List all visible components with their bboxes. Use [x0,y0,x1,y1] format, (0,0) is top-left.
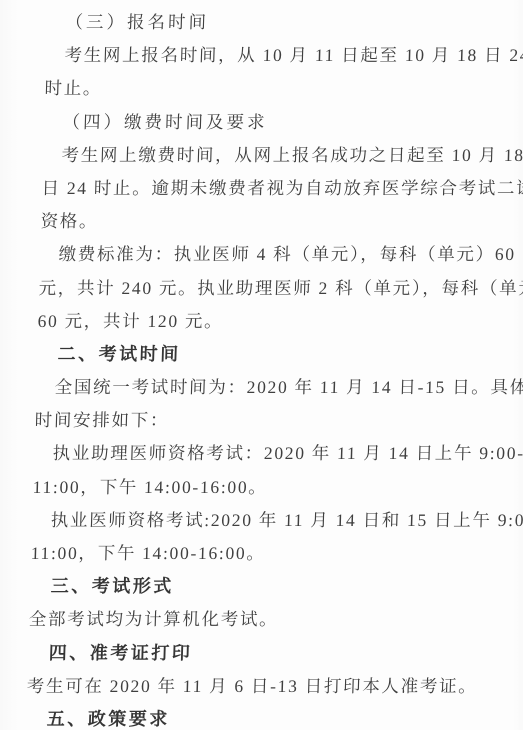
section-heading-admission-ticket: 四、准考证打印 [27,637,476,670]
paragraph-line-physician-exam-2: 11:00，下午 14:00-16:00。 [30,537,479,570]
subsection-heading-payment-time: （四）缴费时间及要求 [43,106,492,139]
paragraph-line-assistant-exam-1: 执业助理医师资格考试：2020 年 11 月 14 日上午 9:00- [33,437,482,470]
paragraph-line-payment-3: 资格。 [40,205,489,238]
paragraph-line-registration-1: 考生网上报名时间，从 10 月 11 日起至 10 月 18 日 24 [45,39,494,72]
paragraph-line-exam-time-1: 全国统一考试时间为：2020 年 11 月 14 日-15 日。具体 [35,371,484,404]
paragraph-line-physician-exam-1: 执业医师资格考试:2020 年 11 月 14 日和 15 日上午 9:00- [31,504,480,537]
paragraph-line-assistant-exam-2: 11:00，下午 14:00-16:00。 [32,471,481,504]
scanned-document-page: （三）报名时间 考生网上报名时间，从 10 月 11 日起至 10 月 18 日… [0,0,523,730]
document-content: （三）报名时间 考生网上报名时间，从 10 月 11 日起至 10 月 18 日… [0,6,523,730]
section-heading-exam-time: 二、考试时间 [36,338,485,371]
paragraph-line-payment-2: 日 24 时止。逾期未缴费者视为自动放弃医学综合考试二试 [41,172,490,205]
paragraph-line-exam-format: 全部考试均为计算机化考试。 [28,603,477,636]
section-heading-exam-format: 三、考试形式 [29,570,478,603]
section-heading-policy-requirements: 五、政策要求 [25,703,474,730]
paragraph-line-fee-standard-1: 缴费标准为：执业医师 4 科（单元），每科（单元）60 [39,238,488,271]
paragraph-line-exam-time-2: 时间安排如下： [34,404,483,437]
subsection-heading-registration-time: （三）报名时间 [46,6,495,39]
paragraph-line-admission-ticket: 考生可在 2020 年 11 月 6 日-13 日打印本人准考证。 [26,670,475,703]
paragraph-line-fee-standard-3: 60 元，共计 120 元。 [37,305,486,338]
paragraph-line-registration-2: 时止。 [44,72,493,105]
paragraph-line-payment-1: 考生网上缴费时间，从网上报名成功之日起至 10 月 18 [42,139,491,172]
paragraph-line-fee-standard-2: 元，共计 240 元。执业助理医师 2 科（单元），每科（单元） [38,272,487,305]
